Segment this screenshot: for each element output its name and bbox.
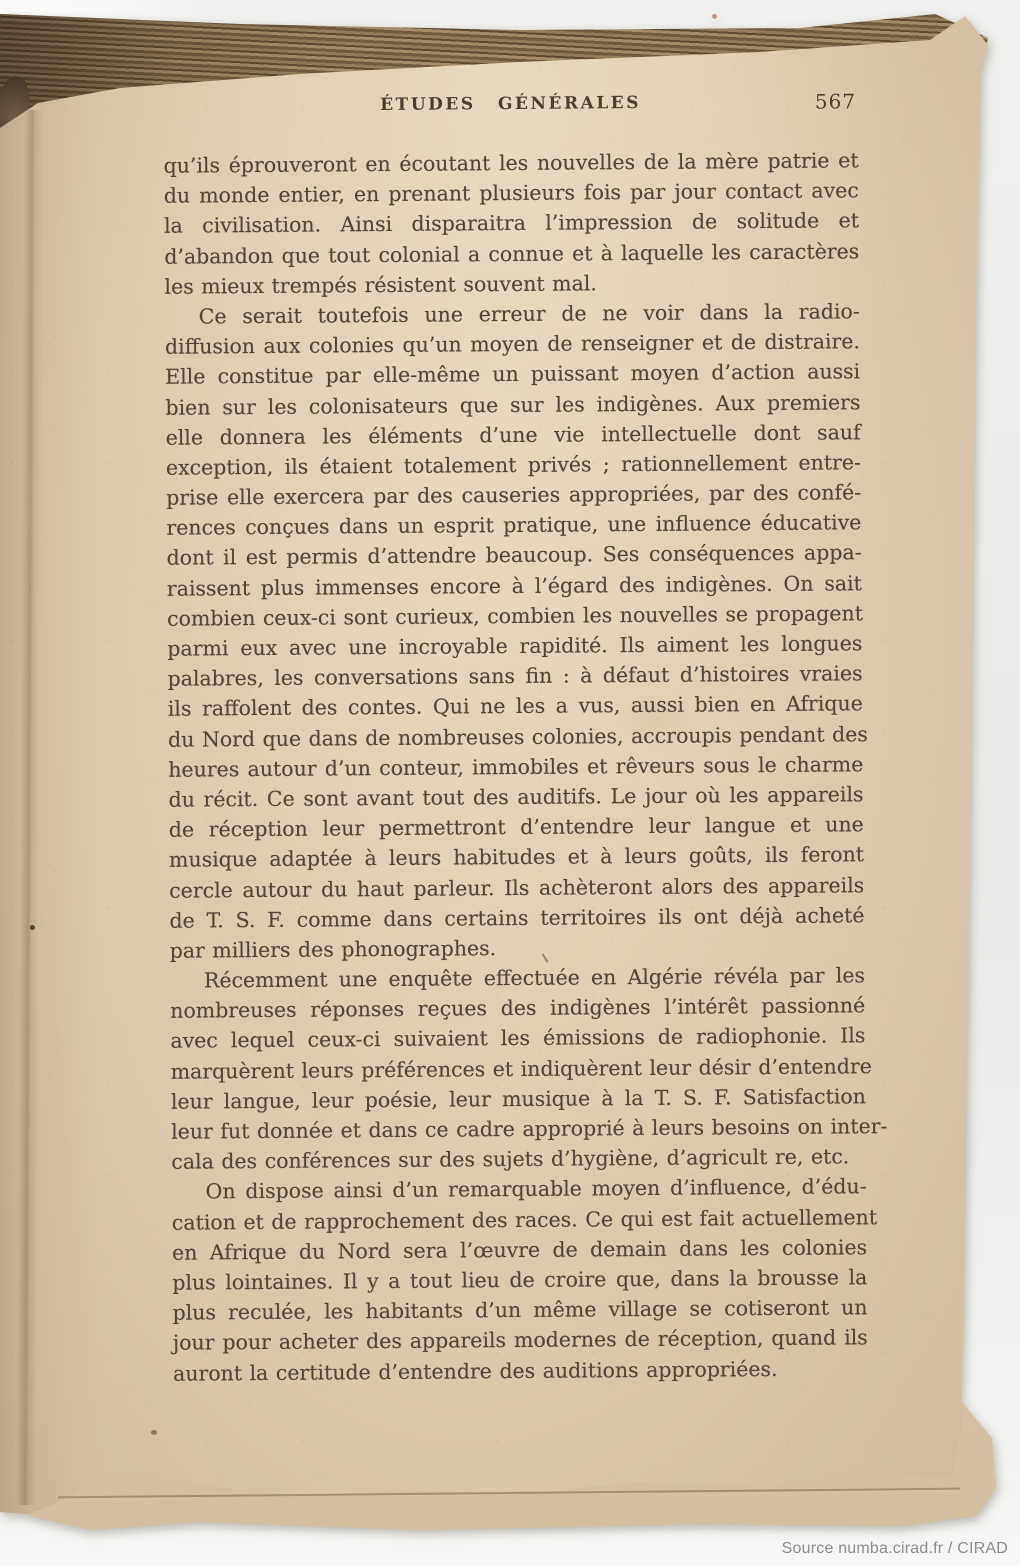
text-line: avec lequel ceux-ci suivaient les émissi… [170, 1021, 865, 1057]
text-line: Elle constitue par elle-même un puissant… [165, 357, 860, 393]
text-line: la civilisation. Ainsi disparaitra l’imp… [164, 206, 859, 242]
text-line: jour pour acheter des appareils modernes… [173, 1323, 868, 1359]
book-page: ÉTUDES GÉNÉRALES 567 qu’ils éprouveront … [0, 0, 1020, 1566]
ink-speck [151, 1430, 157, 1435]
source-caption: Source numba.cirad.fr / CIRAD [782, 1540, 1008, 1558]
text-line: cercle autour du haut parleur. Ils achèt… [169, 870, 864, 906]
text-line: ils raffolent des contes. Qui ne les a v… [168, 689, 863, 725]
text-line: auront la certitude d’entendre des audit… [173, 1353, 868, 1389]
page-title: ÉTUDES GÉNÉRALES [163, 91, 858, 116]
ink-speck [30, 925, 35, 930]
text-line: On dispose ainsi d’un remarquable moyen … [171, 1172, 866, 1208]
text-line: de T. S. F. comme dans certains territoi… [169, 900, 864, 936]
book-page-block: ÉTUDES GÉNÉRALES 567 qu’ils éprouveront … [0, 0, 1020, 1566]
body-text: qu’ils éprouveront en écoutant les nouve… [163, 145, 868, 1388]
text-line: dont il est permis d’attendre beaucoup. … [167, 538, 862, 574]
text-line: d’abandon que tout colonial a connue et … [164, 236, 859, 272]
page-number: 567 [815, 89, 856, 113]
text-line: bien sur les colonisateurs que sur les i… [165, 387, 860, 423]
printed-text-block: ÉTUDES GÉNÉRALES 567 qu’ils éprouveront … [163, 91, 868, 1388]
scanned-page-photo: ÉTUDES GÉNÉRALES 567 qu’ils éprouveront … [0, 0, 1020, 1566]
red-speck [712, 14, 717, 19]
gutter-crease-shadow [16, 110, 43, 1505]
running-head: ÉTUDES GÉNÉRALES 567 [163, 91, 858, 126]
text-line: musique adaptée à leurs habitudes et à l… [169, 840, 864, 876]
